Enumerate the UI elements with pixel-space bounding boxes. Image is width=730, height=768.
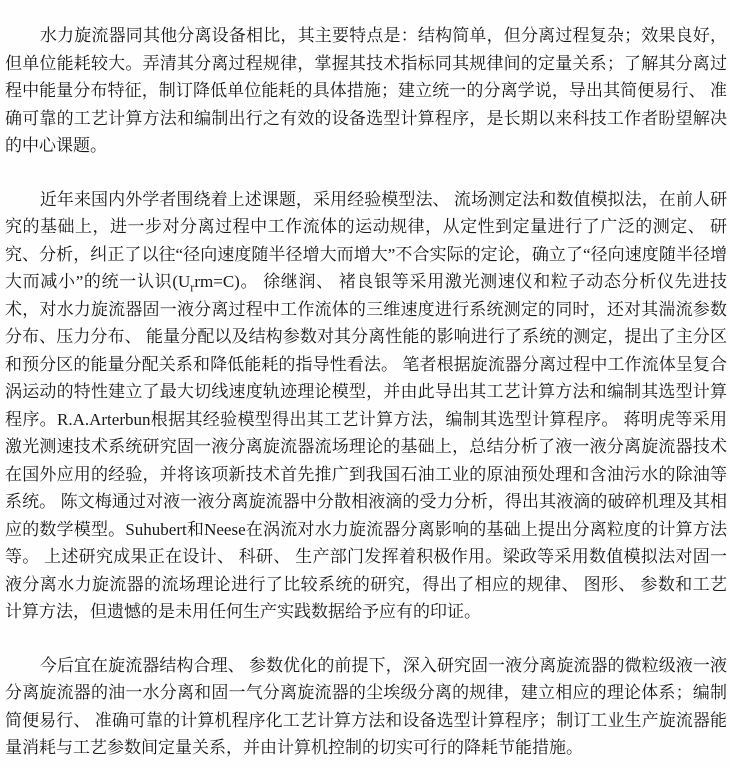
scanned-document-page: 水力旋流器同其他分离设备相比，其主要特点是：结构简单，但分离过程复杂；效果良好，… (0, 0, 730, 768)
paragraph-hydrocyclone-intro: 水力旋流器同其他分离设备相比，其主要特点是：结构简单，但分离过程复杂；效果良好，… (5, 22, 727, 160)
paragraph-research-review: 近年来国内外学者围绕着上述课题，采用经验模型法、 流场测定法和数值模拟法，在前人… (5, 186, 727, 626)
research-review-text-after-formula: rm=C)。 徐继润、 褚良银等采用激光测速仪和粒子动态分析仪先进技术，对水力旋… (5, 272, 727, 621)
paragraph-future-work: 今后宜在旋流器结构合理、 参数优化的前提下，深入研究固一液分离旋流器的微粒级液一… (5, 652, 727, 762)
